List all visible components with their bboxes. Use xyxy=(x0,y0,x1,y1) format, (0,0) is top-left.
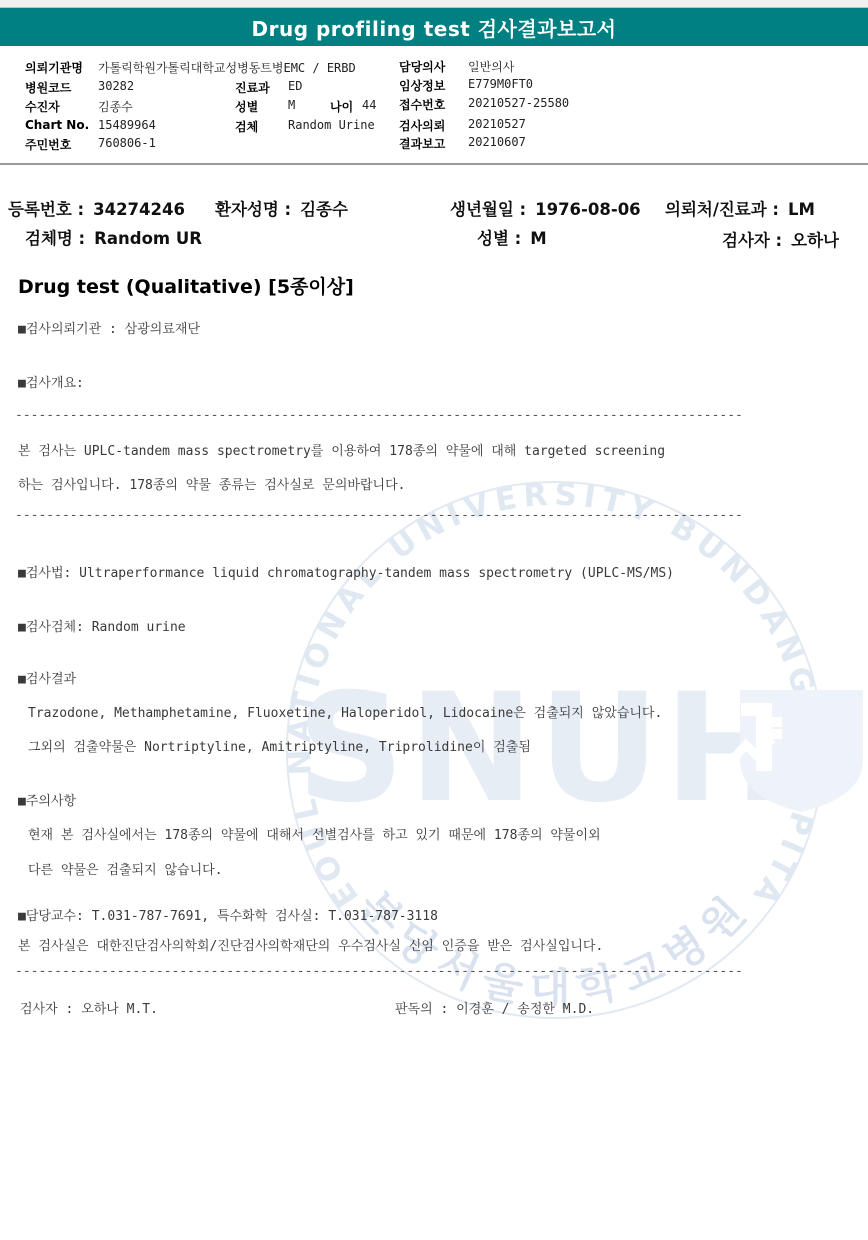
result-report-date-value: 20210607 xyxy=(468,135,526,149)
order-date-value: 20210527 xyxy=(468,117,526,131)
age-value: 44 xyxy=(362,98,376,112)
lab-report-page: SEOUL NATIONAL UNIVERSITY BUNDANG HOSPIT… xyxy=(0,0,868,1240)
department-value: ED xyxy=(288,79,302,93)
report-title-bar-text: Drug profiling test 검사결과보고서 xyxy=(252,13,617,42)
overview-line-1: 본 검사는 UPLC-tandem mass spectrometry를 이용하… xyxy=(18,440,665,459)
referring-institution-value: 가톨릭학원가톨릭대학교성병동트병EMC / ERBD xyxy=(98,59,356,76)
result-heading: ■검사결과 xyxy=(18,668,76,687)
caution-line-1: 현재 본 검사실에서는 178종의 약물에 대해서 선별검사를 하고 있기 때문… xyxy=(28,824,601,843)
order-date-label: 검사의뢰 xyxy=(399,117,445,134)
department-label: 진료과 xyxy=(235,79,270,96)
signature-examiner: 검사자 : 오하나 M.T. xyxy=(20,998,158,1017)
dashed-divider-2: ----------------------------------------… xyxy=(15,508,743,523)
examinee-label: 수진자 xyxy=(25,98,60,115)
dashed-divider-1: ----------------------------------------… xyxy=(15,408,743,423)
accession-no-label: 접수번호 xyxy=(399,96,445,113)
caution-heading: ■주의사항 xyxy=(18,790,76,809)
hospital-code-label: 병원코드 xyxy=(25,79,71,96)
result-line-1: Trazodone, Methamphetamine, Fluoxetine, … xyxy=(28,702,662,721)
method-line: ■검사법: Ultraperformance liquid chromatogr… xyxy=(18,562,674,581)
chart-no-value: 15489964 xyxy=(98,118,156,132)
sex-label: 성별 xyxy=(235,98,258,115)
referral-department: 의뢰처/진료과 :LM xyxy=(665,196,815,220)
top-strip xyxy=(0,0,868,8)
resident-no-label: 주민번호 xyxy=(25,136,71,153)
accreditation-line: 본 검사실은 대한진단검사의학회/진단검사의학재단의 우수검사실 신임 인증을 … xyxy=(18,935,603,954)
watermark-shield xyxy=(731,690,863,812)
watermark-shield-emblem xyxy=(731,703,782,771)
header-divider-line xyxy=(0,163,868,165)
signature-reviewer: 판독의 : 이경훈 / 송정한 M.D. xyxy=(395,998,594,1017)
age-label: 나이 xyxy=(330,98,353,115)
hospital-code-value: 30282 xyxy=(98,79,134,93)
snuh-watermark: SEOUL NATIONAL UNIVERSITY BUNDANG HOSPIT… xyxy=(255,465,868,1045)
examinee-value: 김종수 xyxy=(98,98,133,115)
dashed-divider-3: ----------------------------------------… xyxy=(15,964,743,979)
patient-name: 환자성명 :김종수 xyxy=(215,196,348,220)
clinical-info-value: E779M0FT0 xyxy=(468,77,533,91)
specimen-type-label: 검체 xyxy=(235,118,258,135)
accession-no-value: 20210527-25580 xyxy=(468,96,569,110)
attending-doctor-value: 일반의사 xyxy=(468,58,514,75)
birth-date: 생년월일 :1976-08-06 xyxy=(450,196,641,220)
clinical-info-label: 임상정보 xyxy=(399,77,445,94)
watermark-arc-top: SEOUL NATIONAL UNIVERSITY BUNDANG HOSPIT… xyxy=(255,465,828,916)
sex-value: M xyxy=(288,98,295,112)
title-bar: Drug profiling test 검사결과보고서 xyxy=(0,8,868,46)
request-org-line: ■검사의뢰기관 : 삼광의료재단 xyxy=(18,318,200,337)
contact-line: ■담당교수: T.031-787-7691, 특수화학 검사실: T.031-7… xyxy=(18,905,438,924)
patient-sex: 성별 :M xyxy=(477,225,547,249)
overview-heading: ■검사개요: xyxy=(18,372,84,391)
specimen-type-value: Random Urine xyxy=(288,118,375,132)
caution-line-2: 다른 약물은 검출되지 않습니다. xyxy=(28,859,223,878)
report-test-title: Drug test (Qualitative) [5종이상] xyxy=(18,272,354,299)
test-specimen-line: ■검사검체: Random urine xyxy=(18,616,186,635)
resident-no-value: 760806-1 xyxy=(98,136,156,150)
referring-institution-label: 의뢰기관명 xyxy=(25,59,83,76)
chart-no-label: Chart No. xyxy=(25,118,89,132)
examiner-name: 검사자 :오하나 xyxy=(722,227,839,251)
overview-line-2: 하는 검사입니다. 178종의 약물 종류는 검사실로 문의바랍니다. xyxy=(18,474,406,493)
attending-doctor-label: 담당의사 xyxy=(399,58,445,75)
result-report-date-label: 결과보고 xyxy=(399,135,445,152)
registration-number: 등록번호 :34274246 xyxy=(8,196,185,220)
result-line-2: 그외의 검출약물은 Nortriptyline, Amitriptyline, … xyxy=(28,736,531,755)
specimen-name: 검체명 :Random UR xyxy=(25,225,202,249)
